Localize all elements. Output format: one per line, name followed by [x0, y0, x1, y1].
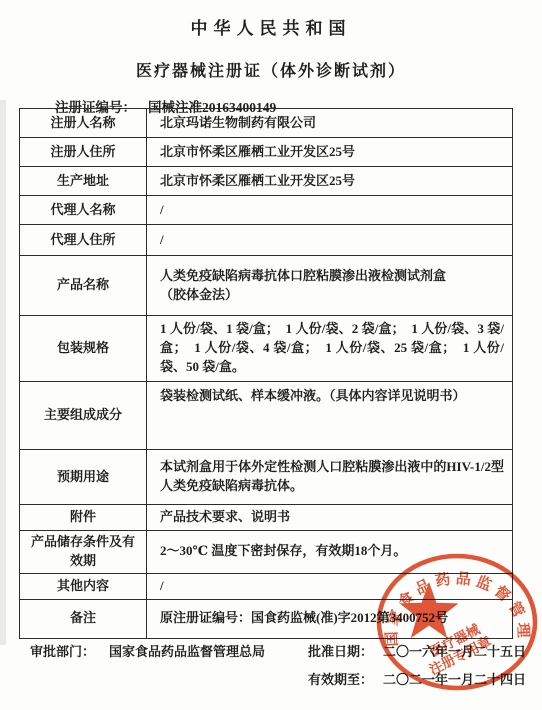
scan-edge-artifact — [0, 100, 6, 645]
row-label: 注册人名称 — [20, 109, 147, 137]
valid-until-value: 二〇二一年一月二十四日 — [383, 672, 526, 687]
table-row: 附件 产品技术要求、说明书 — [20, 505, 512, 531]
table-row: 产品名称 人类免疫缺陷病毒抗体口腔粘膜渗出液检测试剂盒 （胶体金法） — [20, 256, 512, 316]
row-value: / — [147, 574, 512, 599]
approval-department-line: 审批部门：国家食品药品监督管理总局 — [30, 641, 265, 660]
row-label: 生产地址 — [20, 167, 147, 195]
table-row: 其他内容 / — [20, 574, 512, 600]
row-value: 北京市怀柔区雁栖工业开发区25号 — [147, 138, 512, 166]
row-label: 产品名称 — [20, 256, 147, 315]
row-value: 北京玛诺生物制药有限公司 — [147, 109, 512, 137]
row-label: 代理人名称 — [20, 196, 147, 224]
approval-department-value: 国家食品药品监督管理总局 — [109, 644, 265, 659]
table-row: 代理人住所 / — [20, 225, 512, 256]
row-value: / — [147, 196, 512, 224]
row-value: 产品技术要求、说明书 — [147, 505, 512, 530]
row-value: 北京市怀柔区雁栖工业开发区25号 — [147, 167, 512, 195]
table-row: 生产地址 北京市怀柔区雁栖工业开发区25号 — [20, 167, 512, 196]
row-value: 2～30℃ 温度下密封保存，有效期18个月。 — [147, 531, 512, 573]
row-label: 包装规格 — [20, 316, 147, 381]
row-label: 其他内容 — [20, 574, 147, 599]
row-label: 附件 — [20, 505, 147, 530]
certificate-title: 医疗器械注册证（体外诊断试剂） — [0, 58, 542, 81]
table-row: 代理人名称 / — [20, 196, 512, 225]
approval-date-line: 批准日期：二〇一六年一月二十五日 — [308, 641, 526, 660]
row-value: 本试剂盒用于体外定性检测人口腔粘膜渗出液中的HIV-1/2型人类免疫缺陷病毒抗体… — [147, 450, 512, 504]
row-value: / — [147, 225, 512, 255]
row-label: 注册人住所 — [20, 138, 147, 166]
table-row: 产品储存条件及有效期 2～30℃ 温度下密封保存，有效期18个月。 — [20, 531, 512, 574]
approval-date-value: 二〇一六年一月二十五日 — [383, 644, 526, 659]
approval-department-label: 审批部门： — [30, 644, 95, 659]
table-row: 备注 原注册证编号：国食药监械(准)字2012第3400752号 — [20, 600, 512, 638]
table-row: 注册人住所 北京市怀柔区雁栖工业开发区25号 — [20, 138, 512, 167]
row-label: 代理人住所 — [20, 225, 147, 255]
row-label: 产品储存条件及有效期 — [20, 531, 147, 573]
row-value: 1 人份/袋、1 袋/盒； 1 人份/袋、2 袋/盒； 1 人份/袋、3 袋/盒… — [147, 316, 512, 381]
valid-until-label: 有效期至： — [308, 672, 373, 687]
row-label: 备注 — [20, 600, 147, 638]
row-label: 主要组成成分 — [20, 382, 147, 449]
country-title: 中华人民共和国 — [0, 0, 542, 39]
valid-until-line: 有效期至：二〇二一年一月二十四日 — [308, 669, 526, 688]
row-value: 原注册证编号：国食药监械(准)字2012第3400752号 — [147, 600, 512, 638]
certificate-page: 中华人民共和国 医疗器械注册证（体外诊断试剂） 注册证编号：国械注准201634… — [0, 0, 542, 710]
approval-date-label: 批准日期： — [308, 644, 373, 659]
table-row: 注册人名称 北京玛诺生物制药有限公司 — [20, 109, 512, 138]
table-row: 预期用途 本试剂盒用于体外定性检测人口腔粘膜渗出液中的HIV-1/2型人类免疫缺… — [20, 450, 512, 505]
row-label: 预期用途 — [20, 450, 147, 504]
row-value: 人类免疫缺陷病毒抗体口腔粘膜渗出液检测试剂盒 （胶体金法） — [147, 256, 512, 315]
table-row: 包装规格 1 人份/袋、1 袋/盒； 1 人份/袋、2 袋/盒； 1 人份/袋、… — [20, 316, 512, 382]
date-block: 批准日期：二〇一六年一月二十五日 有效期至：二〇二一年一月二十四日 — [308, 641, 526, 697]
table-row: 主要组成成分 袋装检测试纸、样本缓冲液。（具体内容详见说明书） — [20, 382, 512, 450]
row-value: 袋装检测试纸、样本缓冲液。（具体内容详见说明书） — [147, 382, 512, 449]
certificate-table: 注册人名称 北京玛诺生物制药有限公司 注册人住所 北京市怀柔区雁栖工业开发区25… — [19, 108, 513, 639]
